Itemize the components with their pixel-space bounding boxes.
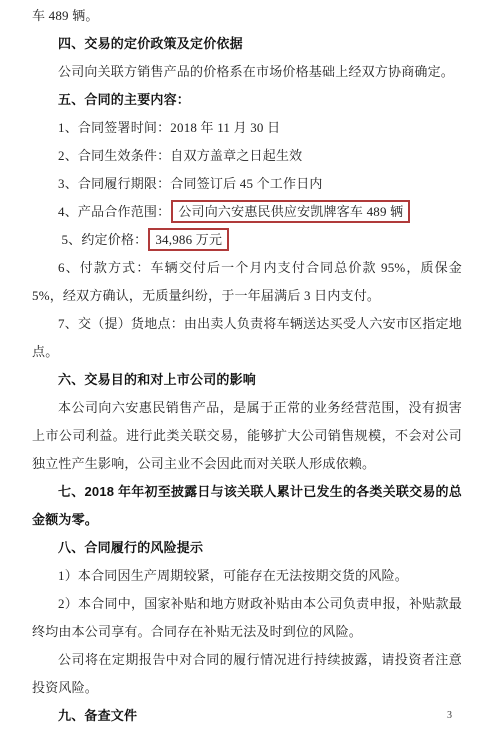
paragraph: 公司向关联方销售产品的价格系在市场价格基础上经双方协商确定。	[32, 58, 462, 86]
section-heading: 七、2018 年年初至披露日与该关联人累计已发生的各类关联交易的总金额为零。	[32, 478, 462, 534]
page-number: 3	[447, 710, 452, 721]
highlight-box: 公司向六安惠民供应安凯牌客车 489 辆	[171, 200, 410, 223]
paragraph: 3、合同履行期限：合同签订后 45 个工作日内	[32, 170, 462, 198]
paragraph: 1）本合同因生产周期较紧，可能存在无法按期交货的风险。	[32, 562, 462, 590]
highlight-box: 34,986 万元	[148, 228, 229, 251]
paragraph: 本公司向六安惠民销售产品，是属于正常的业务经营范围，没有损害上市公司利益。进行此…	[32, 394, 462, 478]
section-heading: 五、合同的主要内容：	[32, 86, 462, 114]
paragraph: 1、合同签署时间：2018 年 11 月 30 日	[32, 114, 462, 142]
paragraph: 2、合同生效条件：自双方盖章之日起生效	[32, 142, 462, 170]
paragraph: 7、交（提）货地点：由出卖人负责将车辆送达买受人六安市区指定地点。	[32, 310, 462, 366]
paragraph: 5、约定价格：34,986 万元	[32, 226, 462, 254]
section-heading: 九、备查文件	[32, 702, 462, 730]
document-body: 车 489 辆。四、交易的定价政策及定价依据公司向关联方销售产品的价格系在市场价…	[32, 2, 462, 730]
section-heading: 六、交易目的和对上市公司的影响	[32, 366, 462, 394]
paragraph: 车 489 辆。	[32, 2, 462, 30]
field-label: 4、产品合作范围：	[58, 204, 170, 219]
section-heading: 四、交易的定价政策及定价依据	[32, 30, 462, 58]
paragraph: 4、产品合作范围：公司向六安惠民供应安凯牌客车 489 辆	[32, 198, 462, 226]
paragraph: 6、付款方式：车辆交付后一个月内支付合同总价款 95%，质保金 5%，经双方确认…	[32, 254, 462, 310]
paragraph: 公司将在定期报告中对合同的履行情况进行持续披露，请投资者注意投资风险。	[32, 646, 462, 702]
section-heading: 八、合同履行的风险提示	[32, 534, 462, 562]
document-page: 车 489 辆。四、交易的定价政策及定价依据公司向关联方销售产品的价格系在市场价…	[0, 0, 492, 734]
paragraph: 2）本合同中，国家补贴和地方财政补贴由本公司负责申报，补贴款最终均由本公司享有。…	[32, 590, 462, 646]
field-label: 5、约定价格：	[58, 232, 147, 247]
